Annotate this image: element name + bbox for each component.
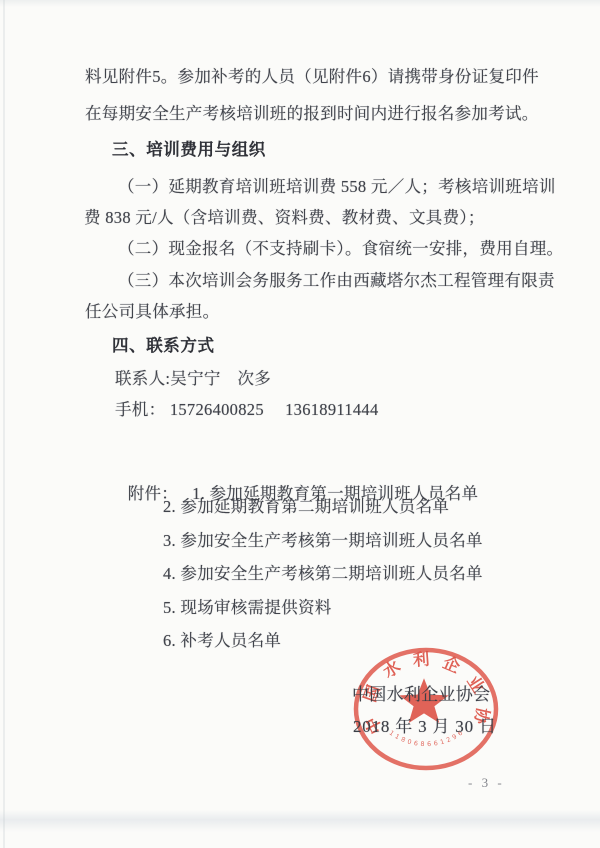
section-heading-3: 三、培训费用与组织 <box>112 139 266 161</box>
contact-phones-line: 手机： 15726400825 13618911444 <box>115 399 379 421</box>
body-line: （二）现金报名（不支持刷卡）。食宿统一安排，费用自理。 <box>118 238 563 260</box>
scan-edge-bottom <box>0 810 600 832</box>
contact-persons-line: 联系人:吴宁宁 次多 <box>115 368 271 390</box>
attachment-item: 4. 参加安全生产考核第二期培训班人员名单 <box>163 563 483 585</box>
document-page: 料见附件5。参加补考的人员（见附件6）请携带身份证复印件 在每期安全生产考核培训… <box>0 0 600 848</box>
attachment-item: 2. 参加延期教育第二期培训班人员名单 <box>163 496 449 518</box>
attachment-item: 6. 补考人员名单 <box>163 630 281 652</box>
attachment-item: 3. 参加安全生产考核第一期培训班人员名单 <box>163 530 483 552</box>
body-line: 任公司具体承担。 <box>85 301 219 323</box>
issue-date: 2018 年 3 月 30 日 <box>353 716 497 738</box>
body-line: （三）本次培训会务服务工作由西藏塔尔杰工程管理有限责 <box>118 270 555 292</box>
body-line: （一）延期教育培训班培训费 558 元／人；考核培训班培训 <box>118 176 556 198</box>
section-heading-4: 四、联系方式 <box>112 335 215 357</box>
body-line: 料见附件5。参加补考的人员（见附件6）请携带身份证复印件 <box>85 66 539 88</box>
body-line: 在每期安全生产考核培训班的报到时间内进行报名参加考试。 <box>85 103 539 125</box>
page-number: - 3 - <box>468 772 505 794</box>
issuer-name: 中国水利企业协会 <box>352 684 490 706</box>
attachment-item: 5. 现场审核需提供资料 <box>163 597 332 619</box>
scan-edge-left <box>3 0 5 848</box>
scan-edge-top <box>0 0 600 7</box>
body-line: 费 838 元/人（含培训费、资料费、教材费、文具费）； <box>84 207 485 229</box>
official-seal: 中国水利企业协会 1180686612966 <box>350 645 502 773</box>
